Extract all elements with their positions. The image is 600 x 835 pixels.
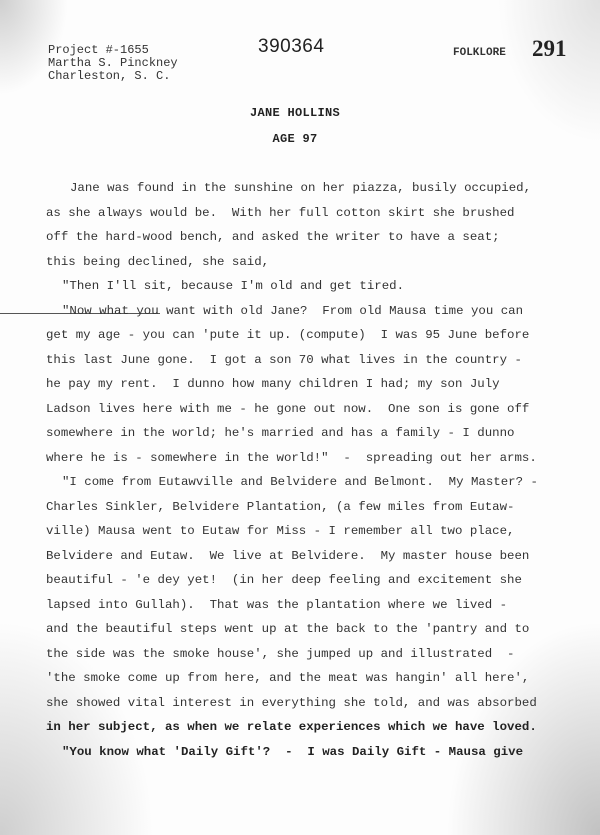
narrative-body: Jane was found in the sunshine on her pi… (46, 176, 586, 764)
text-line: off the hard-wood bench, and asked the w… (46, 225, 586, 250)
text-line: Charles Sinkler, Belvidere Plantation, (… (46, 495, 586, 520)
text-line: in her subject, as when we relate experi… (46, 715, 586, 740)
text-line: she showed vital interest in everything … (46, 691, 586, 716)
text-line: the side was the smoke house', she jumpe… (46, 642, 586, 667)
text-line: get my age - you can 'pute it up. (compu… (46, 323, 586, 348)
page-number: 291 (532, 36, 567, 62)
text-line: "You know what 'Daily Gift'? - I was Dai… (46, 740, 586, 765)
subject-name: JANE HOLLINS (0, 106, 595, 120)
text-line: where he is - somewhere in the world!" -… (46, 446, 586, 471)
text-line: and the beautiful steps went up at the b… (46, 617, 586, 642)
document-page: Project #-1655 Martha S. Pinckney Charle… (0, 0, 600, 835)
text-line: this last June gone. I got a son 70 what… (46, 348, 586, 373)
location: Charleston, S. C. (48, 70, 178, 83)
text-line: Belvidere and Eutaw. We live at Belvider… (46, 544, 586, 569)
text-line: "Then I'll sit, because I'm old and get … (46, 274, 586, 299)
category-label: FOLKLORE (453, 47, 506, 59)
text-line: 'the smoke come up from here, and the me… (46, 666, 586, 691)
subject-age: AGE 97 (0, 132, 595, 146)
text-line: somewhere in the world; he's married and… (46, 421, 586, 446)
text-line: "Now what you want with old Jane? From o… (46, 299, 586, 324)
text-line: as she always would be. With her full co… (46, 201, 586, 226)
text-line: ville) Mausa went to Eutaw for Miss - I … (46, 519, 586, 544)
text-line: beautiful - 'e dey yet! (in her deep fee… (46, 568, 586, 593)
text-line: Ladson lives here with me - he gone out … (46, 397, 586, 422)
text-line: "I come from Eutawville and Belvidere an… (46, 470, 586, 495)
text-line: Jane was found in the sunshine on her pi… (46, 176, 586, 201)
project-info: Project #-1655 Martha S. Pinckney Charle… (48, 44, 178, 83)
text-line: this being declined, she said, (46, 250, 586, 275)
accession-number: 390364 (258, 36, 324, 58)
text-line: lapsed into Gullah). That was the planta… (46, 593, 586, 618)
text-line: he pay my rent. I dunno how many childre… (46, 372, 586, 397)
